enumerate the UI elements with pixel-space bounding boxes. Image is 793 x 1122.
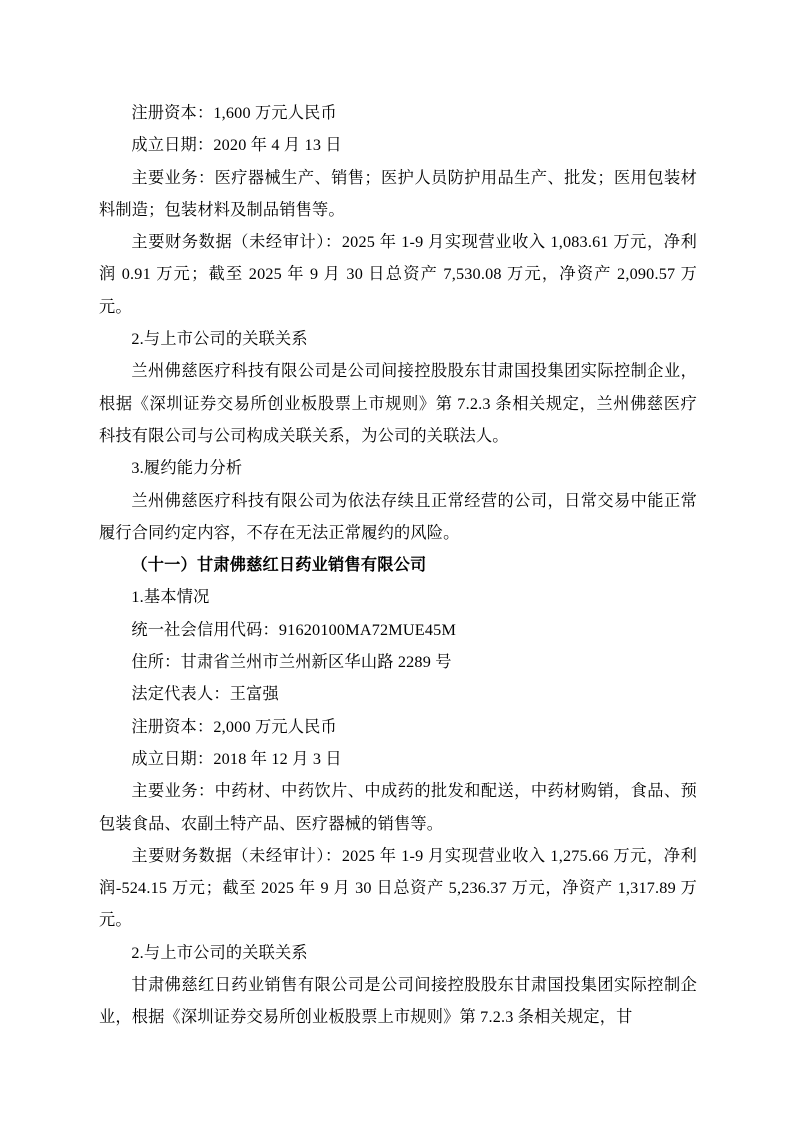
paragraph: 成立日期：2020 年 4 月 13 日 — [99, 129, 697, 161]
paragraph: 注册资本：1,600 万元人民币 — [99, 97, 697, 129]
paragraph: 统一社会信用代码：91620100MA72MUE45M — [99, 614, 697, 646]
paragraph: 主要财务数据（未经审计）：2025 年 1-9 月实现营业收入 1,083.61… — [99, 226, 697, 323]
paragraph: 主要业务：医疗器械生产、销售；医护人员防护用品生产、批发；医用包装材料制造；包装… — [99, 162, 697, 227]
paragraph: 2.与上市公司的关联关系 — [99, 937, 697, 969]
paragraph: 1.基本情况 — [99, 581, 697, 613]
paragraph: 住所：甘肃省兰州市兰州新区华山路 2289 号 — [99, 646, 697, 678]
paragraph: 甘肃佛慈红日药业销售有限公司是公司间接控股股东甘肃国投集团实际控制企业，根据《深… — [99, 969, 697, 1034]
section-heading: （十一）甘肃佛慈红日药业销售有限公司 — [99, 549, 697, 581]
paragraph: 3.履约能力分析 — [99, 452, 697, 484]
paragraph: 主要财务数据（未经审计）：2025 年 1-9 月实现营业收入 1,275.66… — [99, 840, 697, 937]
paragraph: 成立日期：2018 年 12 月 3 日 — [99, 743, 697, 775]
paragraph: 2.与上市公司的关联关系 — [99, 323, 697, 355]
document-page: 注册资本：1,600 万元人民币成立日期：2020 年 4 月 13 日主要业务… — [0, 0, 793, 1122]
paragraph: 兰州佛慈医疗科技有限公司为依法存续且正常经营的公司，日常交易中能正常履行合同约定… — [99, 485, 697, 550]
paragraph: 兰州佛慈医疗科技有限公司是公司间接控股股东甘肃国投集团实际控制企业，根据《深圳证… — [99, 355, 697, 452]
document-content: 注册资本：1,600 万元人民币成立日期：2020 年 4 月 13 日主要业务… — [99, 97, 697, 1034]
paragraph: 法定代表人：王富强 — [99, 678, 697, 710]
paragraph: 注册资本：2,000 万元人民币 — [99, 711, 697, 743]
paragraph: 主要业务：中药材、中药饮片、中成药的批发和配送，中药材购销，食品、预包装食品、农… — [99, 775, 697, 840]
